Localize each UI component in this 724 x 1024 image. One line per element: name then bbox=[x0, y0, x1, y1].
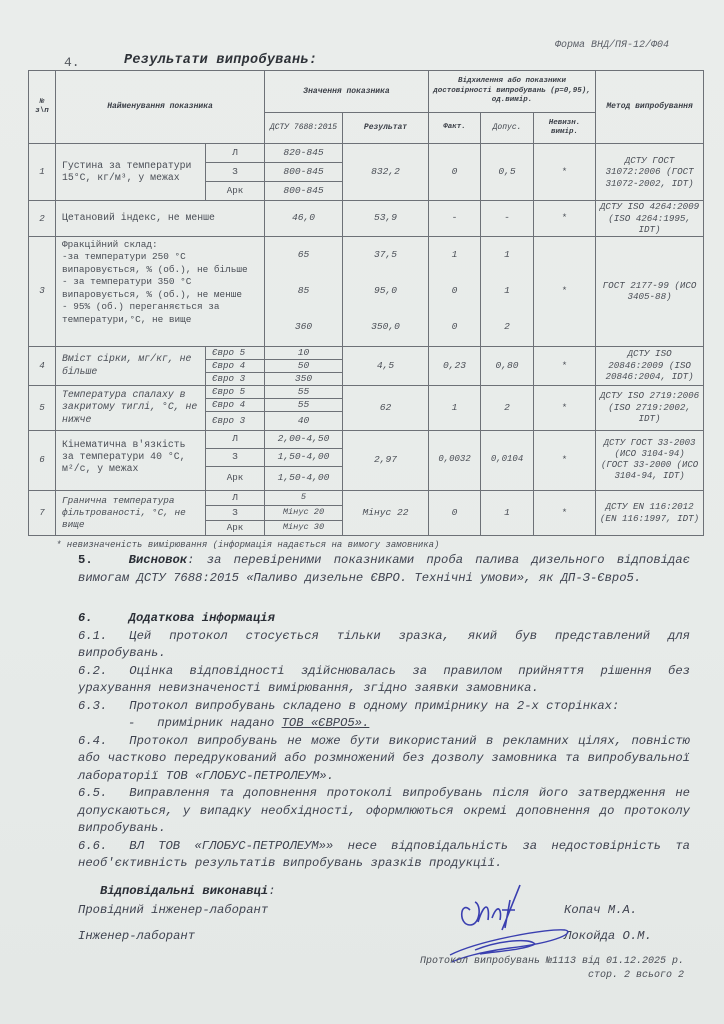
page-number: стор. 2 всього 2 bbox=[420, 969, 684, 983]
signer-role: Інженер-лаборант bbox=[78, 929, 195, 943]
method-value: ГОСТ 2177-99 (ИСО 3405-88) bbox=[596, 236, 704, 346]
result-value: Мінус 22 bbox=[343, 490, 429, 535]
allowed-value: 0,5 bbox=[481, 144, 534, 201]
dstu-value: 10 bbox=[265, 346, 343, 359]
signers-block: Відповідальні виконавці: Провідний інжен… bbox=[78, 884, 698, 953]
section-4-title: Результати випробувань: bbox=[124, 53, 317, 68]
section-6-heading: 6.Додаткова інформація bbox=[78, 610, 690, 628]
method-value: ДСТУ ГОСТ 33-2003 (ИСО 3104-94) (ГОСТ 33… bbox=[596, 430, 704, 490]
row-num: 5 bbox=[29, 385, 56, 430]
table-row: 1 Густина за температури 15°С, кг/м³, у … bbox=[29, 144, 704, 163]
section-6-title: Додаткова інформація bbox=[129, 611, 275, 625]
row-num: 4 bbox=[29, 346, 56, 385]
fact-value: 0 bbox=[429, 144, 481, 201]
table-row: 2 Цетановий індекс, не менше 46,0 53,9 -… bbox=[29, 201, 704, 237]
header-values-group: Значення показника bbox=[265, 71, 429, 113]
table-row: 3 Фракційний склад: -за температури 250 … bbox=[29, 236, 704, 346]
table-row: 4 Вміст сірки, мг/кг, не більше Євро 5 1… bbox=[29, 346, 704, 359]
grade: Євро 5 bbox=[206, 346, 265, 359]
dstu-value: 55 bbox=[265, 398, 343, 411]
uncertainty-value: * bbox=[534, 430, 596, 490]
dstu-value: 46,0 bbox=[265, 201, 343, 237]
row-num: 1 bbox=[29, 144, 56, 201]
dstu-stack: 65 85 360 bbox=[265, 236, 343, 346]
grade: Л bbox=[206, 430, 265, 448]
grade: Євро 4 bbox=[206, 398, 265, 411]
row-num: 3 bbox=[29, 236, 56, 346]
grade: Євро 4 bbox=[206, 359, 265, 372]
info-item-number: 6.3. bbox=[78, 699, 107, 713]
header-fact: Факт. bbox=[429, 113, 481, 144]
dstu-value: 1,50-4,00 bbox=[265, 466, 343, 490]
fraction-line: - за температури 350 °С випаровується, %… bbox=[62, 276, 261, 301]
fact-value: 0,23 bbox=[429, 346, 481, 385]
result-value: 53,9 bbox=[343, 201, 429, 237]
info-item-number: 6.1. bbox=[78, 629, 107, 643]
header-allowed: Допус. bbox=[481, 113, 534, 144]
table-row: 7 Гранична температура фільтрованості, °… bbox=[29, 490, 704, 505]
info-item: 6.4.Протокол випробувань не може бути ви… bbox=[78, 733, 690, 786]
result-value: 2,97 bbox=[343, 430, 429, 490]
uncertainty-value: * bbox=[534, 236, 596, 346]
info-item-number: 6.4. bbox=[78, 734, 107, 748]
table-row: 5 Температура спалаху в закритому тиглі,… bbox=[29, 385, 704, 398]
allowed-value: 1 bbox=[481, 237, 533, 273]
row-name-fractional: Фракційний склад: -за температури 250 °С… bbox=[56, 236, 265, 346]
table-row: 6 Кінематична в'язкість за температури 4… bbox=[29, 430, 704, 448]
dstu-value: 800-845 bbox=[265, 182, 343, 201]
info-item: 6.3.Протокол випробувань складено в одно… bbox=[78, 698, 690, 716]
row-name: Кінематична в'язкість за температури 40 … bbox=[56, 430, 206, 490]
section-6: 6.Додаткова інформація 6.1.Цей протокол … bbox=[78, 610, 690, 873]
dstu-value: 2,00-4,50 bbox=[265, 430, 343, 448]
section-6-number: 6. bbox=[78, 611, 93, 625]
section-5: 5.Висновок: за перевіреними показниками … bbox=[78, 552, 690, 587]
uncertainty-value: * bbox=[534, 490, 596, 535]
grade: Євро 3 bbox=[206, 411, 265, 430]
fact-value: 0,0032 bbox=[429, 430, 481, 490]
dstu-value: 820-845 bbox=[265, 144, 343, 163]
protocol-reference: Протокол випробувань №1113 від 01.12.202… bbox=[420, 955, 684, 969]
conclusion-paragraph: 5.Висновок: за перевіреними показниками … bbox=[78, 552, 690, 587]
form-code: Форма ВНД/ПЯ-12/Ф04 bbox=[555, 40, 669, 51]
allowed-value: 1 bbox=[481, 490, 534, 535]
info-item-text: Оцінка відповідності здійснювалась за пр… bbox=[78, 664, 690, 696]
result-value: 832,2 bbox=[343, 144, 429, 201]
fact-value: 0 bbox=[429, 309, 480, 345]
dstu-value: 5 bbox=[265, 490, 343, 505]
result-stack: 37,5 95,0 350,0 bbox=[343, 236, 429, 346]
info-item: 6.6.ВЛ ТОВ «ГЛОБУС-ПЕТРОЛЕУМ»» несе відп… bbox=[78, 838, 690, 873]
result-value: 62 bbox=[343, 385, 429, 430]
section-5-title: Висновок bbox=[129, 553, 188, 567]
fraction-line: - 95% (об.) переганяється за температури… bbox=[62, 301, 261, 326]
document-page: Форма ВНД/ПЯ-12/Ф04 4. Результати випроб… bbox=[0, 0, 724, 1024]
copy-note-recipient: ТОВ «ЄВРО5». bbox=[282, 716, 370, 730]
row-num: 6 bbox=[29, 430, 56, 490]
dstu-value: 800-845 bbox=[265, 163, 343, 182]
header-num: № з\п bbox=[29, 71, 56, 144]
uncertainty-value: * bbox=[534, 201, 596, 237]
grade: Арк bbox=[206, 466, 265, 490]
table-header-row: № з\п Найменування показника Значення по… bbox=[29, 71, 704, 113]
method-value: ДСТУ ГОСТ 31072:2006 (ГОСТ 31072-2002, I… bbox=[596, 144, 704, 201]
dstu-value: 65 bbox=[265, 237, 342, 273]
dstu-value: 50 bbox=[265, 359, 343, 372]
grade: З bbox=[206, 448, 265, 466]
fact-value: 0 bbox=[429, 273, 480, 309]
grade: З bbox=[206, 163, 265, 182]
allowed-stack: 1 1 2 bbox=[481, 236, 534, 346]
header-method: Метод випробування bbox=[596, 71, 704, 144]
info-item-text: Виправлення та доповнення протоколі випр… bbox=[78, 786, 690, 835]
section-5-number: 5. bbox=[78, 553, 93, 567]
info-item: 6.1.Цей протокол стосується тільки зразк… bbox=[78, 628, 690, 663]
uncertainty-value: * bbox=[534, 346, 596, 385]
allowed-value: 2 bbox=[481, 309, 533, 345]
dstu-value: 360 bbox=[265, 309, 342, 345]
info-item: 6.2.Оцінка відповідності здійснювалась з… bbox=[78, 663, 690, 698]
header-deviation-group: Відхилення або показники достовірності в… bbox=[429, 71, 596, 113]
info-item-number: 6.5. bbox=[78, 786, 107, 800]
dstu-value: 85 bbox=[265, 273, 342, 309]
info-item-number: 6.2. bbox=[78, 664, 107, 678]
result-value: 95,0 bbox=[343, 273, 428, 309]
allowed-value: 2 bbox=[481, 385, 534, 430]
header-name: Найменування показника bbox=[56, 71, 265, 144]
dstu-value: 350 bbox=[265, 372, 343, 385]
row-name: Густина за температури 15°С, кг/м³, у ме… bbox=[56, 144, 206, 201]
row-num: 2 bbox=[29, 201, 56, 237]
fact-value: 0 bbox=[429, 490, 481, 535]
info-item-text: Протокол випробувань складено в одному п… bbox=[129, 699, 619, 713]
grade: Арк bbox=[206, 182, 265, 201]
fact-stack: 1 0 0 bbox=[429, 236, 481, 346]
dstu-value: Мінус 30 bbox=[265, 520, 343, 535]
header-uncertainty: Невизн. вимір. bbox=[534, 113, 596, 144]
dstu-value: 40 bbox=[265, 411, 343, 430]
signers-heading-colon: : bbox=[268, 884, 275, 898]
grade: З bbox=[206, 505, 265, 520]
row-name: Температура спалаху в закритому тиглі, °… bbox=[56, 385, 206, 430]
fact-value: 1 bbox=[429, 385, 481, 430]
row-name: Вміст сірки, мг/кг, не більше bbox=[56, 346, 206, 385]
allowed-value: 0,0104 bbox=[481, 430, 534, 490]
info-item: 6.5.Виправлення та доповнення протоколі … bbox=[78, 785, 690, 838]
method-value: ДСТУ ISO 20846:2009 (ISO 20846:2004, IDT… bbox=[596, 346, 704, 385]
results-table: № з\п Найменування показника Значення по… bbox=[28, 70, 704, 536]
section-4-number: 4. bbox=[64, 55, 80, 70]
dstu-value: 1,50-4,00 bbox=[265, 448, 343, 466]
signer-row: Провідний інженер-лаборант Копач М.А. bbox=[78, 903, 698, 927]
uncertainty-value: * bbox=[534, 385, 596, 430]
signer-row: Інженер-лаборант Локойда О.М. bbox=[78, 929, 698, 953]
fact-value: 1 bbox=[429, 237, 480, 273]
fact-value: - bbox=[429, 201, 481, 237]
dstu-value: Мінус 20 bbox=[265, 505, 343, 520]
grade: Арк bbox=[206, 520, 265, 535]
uncertainty-value: * bbox=[534, 144, 596, 201]
copy-note: - примірник надано ТОВ «ЄВРО5». bbox=[78, 715, 690, 733]
grade: Л bbox=[206, 490, 265, 505]
header-result: Результат bbox=[343, 113, 429, 144]
grade: Л bbox=[206, 144, 265, 163]
allowed-value: 0,80 bbox=[481, 346, 534, 385]
header-dstu: ДСТУ 7688:2015 bbox=[265, 113, 343, 144]
dstu-value: 55 bbox=[265, 385, 343, 398]
method-value: ДСТУ ISO 2719:2006 (ISO 2719:2002, IDT) bbox=[596, 385, 704, 430]
result-value: 4,5 bbox=[343, 346, 429, 385]
grade: Євро 5 bbox=[206, 385, 265, 398]
method-value: ДСТУ EN 116:2012 (EN 116:1997, IDT) bbox=[596, 490, 704, 535]
info-item-text: ВЛ ТОВ «ГЛОБУС-ПЕТРОЛЕУМ»» несе відповід… bbox=[78, 839, 690, 871]
info-item-text: Протокол випробувань не може бути викори… bbox=[78, 734, 690, 783]
info-item-text: Цей протокол стосується тільки зразка, я… bbox=[78, 629, 690, 661]
allowed-value: 1 bbox=[481, 273, 533, 309]
protocol-footer: Протокол випробувань №1113 від 01.12.202… bbox=[420, 955, 684, 983]
signers-heading: Відповідальні виконавці: bbox=[78, 884, 698, 898]
fraction-line: -за температури 250 °С випаровується, % … bbox=[62, 251, 261, 276]
signers-heading-text: Відповідальні виконавці bbox=[100, 884, 268, 898]
row-name: Цетановий індекс, не менше bbox=[56, 201, 265, 237]
signer-role: Провідний інженер-лаборант bbox=[78, 903, 268, 917]
method-value: ДСТУ ISO 4264:2009 (ISO 4264:1995, IDT) bbox=[596, 201, 704, 237]
copy-note-prefix: - примірник надано bbox=[128, 716, 282, 730]
grade: Євро 3 bbox=[206, 372, 265, 385]
allowed-value: - bbox=[481, 201, 534, 237]
table-footnote: * невизначеність вимірювання (інформація… bbox=[56, 540, 439, 550]
fraction-line: Фракційний склад: bbox=[62, 239, 261, 252]
row-name: Гранична температура фільтрованості, °С,… bbox=[56, 490, 206, 535]
result-value: 37,5 bbox=[343, 237, 428, 273]
result-value: 350,0 bbox=[343, 309, 428, 345]
row-num: 7 bbox=[29, 490, 56, 535]
info-item-number: 6.6. bbox=[78, 839, 107, 853]
